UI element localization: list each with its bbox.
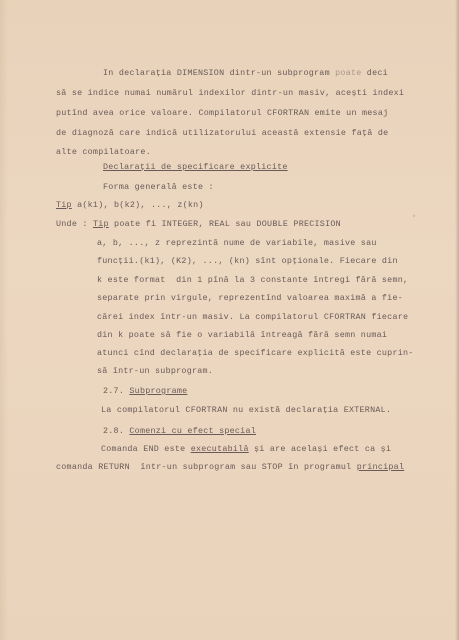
text: Comanda END este	[101, 444, 191, 454]
section-2-7-text: La compilatorul CFORTRAN nu există decla…	[101, 405, 391, 415]
general-form-label: Forma generală este :	[103, 182, 214, 192]
unde-line: Unde : Tip poate fi INTEGER, REAL sau DO…	[56, 219, 341, 229]
spec-line-7: atunci cînd declarația de specificare ex…	[97, 348, 414, 358]
intro-line-1: In declarația DIMENSION dintr-un subprog…	[103, 68, 388, 78]
spec-line-6: din k poate să fie o variabilă întreagă …	[97, 330, 387, 340]
section-number: 2.8.	[103, 426, 124, 436]
intro-line-5: alte compilatoare.	[56, 147, 151, 157]
section-number: 2.7.	[103, 386, 124, 396]
intro-text-end: deci	[362, 68, 388, 78]
intro-line-3: putînd avea orice valoare. Compilatorul …	[56, 108, 388, 118]
text: și are același efect ca și	[249, 444, 391, 454]
spec-line-4: separate prin virgule, reprezentînd valo…	[97, 293, 403, 303]
section-2-8-heading: 2.8. Comenzi cu efect special	[103, 426, 256, 436]
section-2-7-heading: 2.7. Subprograme	[103, 386, 187, 396]
intro-line-4: de diagnoză care indică utilizatorului a…	[56, 128, 388, 138]
intro-faint-word: poate	[335, 68, 361, 78]
intro-line-2: să se indice numai numărul indexilor din…	[56, 88, 404, 98]
form-tip-keyword: Tip	[56, 200, 72, 210]
spec-line-3: k este format din 1 pînă la 3 constante …	[97, 275, 408, 285]
unde-text: poate fi INTEGER, REAL sau DOUBLE PRECIS…	[109, 219, 341, 229]
document-page: In declarația DIMENSION dintr-un subprog…	[0, 0, 459, 640]
margin-mark: *	[412, 215, 416, 223]
spec-line-2: funcții.(k1), (K2), ..., (kn) sînt opțio…	[97, 256, 398, 266]
section-title: Subprograme	[129, 386, 187, 396]
spec-line-1: a, b, ..., z reprezintă nume de variabil…	[97, 238, 377, 248]
section-2-8-line-2: comanda RETURN într-un subprogram sau ST…	[56, 462, 404, 472]
unde-label: Unde :	[56, 219, 93, 229]
general-form: Tip a(k1), b(k2), ..., z(kn)	[56, 200, 204, 210]
spec-line-8: să într-un subprogram.	[97, 366, 213, 376]
intro-text: In declarația DIMENSION dintr-un subprog…	[103, 68, 335, 78]
section-2-8-line-1: Comanda END este executabilă și are acel…	[101, 444, 391, 454]
section-title: Comenzi cu efect special	[129, 426, 256, 436]
form-arguments: a(k1), b(k2), ..., z(kn)	[72, 200, 204, 210]
spec-line-5: cărei index într-un masiv. La compilator…	[97, 312, 408, 322]
unde-tip-keyword: Tip	[93, 219, 109, 229]
emphasis: executabilă	[191, 444, 249, 454]
emphasis: principal	[357, 462, 404, 472]
text: comanda RETURN într-un subprogram sau ST…	[56, 462, 357, 472]
section-heading-specificare: Declarații de specificare explicite	[103, 162, 288, 172]
